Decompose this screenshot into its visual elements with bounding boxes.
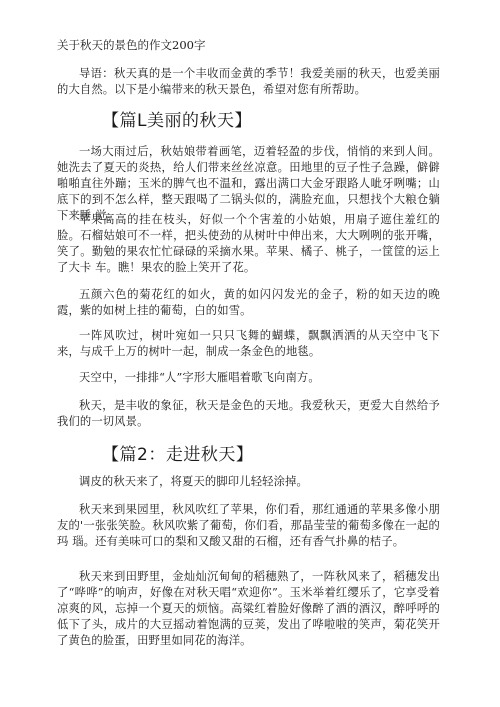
document-title: 关于秋天的景色的作文200字	[57, 37, 205, 53]
section-1-paragraph-4: 一阵风吹过，树叶宛如一只只飞舞的蝴蝶，飘飘洒洒的从天空中飞下来，与成千上万的树叶…	[57, 328, 440, 360]
section-1-paragraph-6: 秋天，是丰收的象征，秋天是金色的天地。我爱秋天，更爱大自然给予我们的一切风景。	[57, 398, 440, 430]
section-2-heading: 【篇2：走进秋天】	[102, 440, 253, 465]
section-2-paragraph-1: 调皮的秋天来了，将夏天的脚印儿轻轻涂掉。	[57, 474, 440, 490]
section-1-paragraph-2: 苹果高高的挂在枝头，好似一个个害羞的小姑娘，用扇子遮住羞红的脸。石榴姑娘可不一样…	[57, 212, 440, 276]
document-page: 关于秋天的景色的作文200字 导语：秋天真的是一个丰收而金黄的季节！我爱美丽的秋…	[0, 0, 500, 707]
section-2-paragraph-3: 秋天来到田野里，金灿灿沉甸甸的稻穗熟了，一阵秋风来了，稻穗发出了“哗哗”的响声，…	[57, 569, 440, 649]
section-1-paragraph-5: 天空中，一排排“人”字形大雁唱着歌飞向南方。	[57, 370, 440, 386]
section-1-paragraph-3: 五颜六色的菊花红的如火，黄的如闪闪发光的金子，粉的如天边的晚霞，紫的如树上挂的葡…	[57, 287, 440, 319]
section-1-heading: 【篇L美丽的秋天】	[102, 106, 252, 131]
intro-paragraph: 导语：秋天真的是一个丰收而金黄的季节！我爱美丽的秋天，也爱美丽的大自然。以下是小…	[57, 66, 440, 98]
section-2-paragraph-2: 秋天来到果园里，秋风吹红了苹果，你们看，那红通通的苹果多像小朋友的'一张张笑脸。…	[57, 502, 440, 550]
